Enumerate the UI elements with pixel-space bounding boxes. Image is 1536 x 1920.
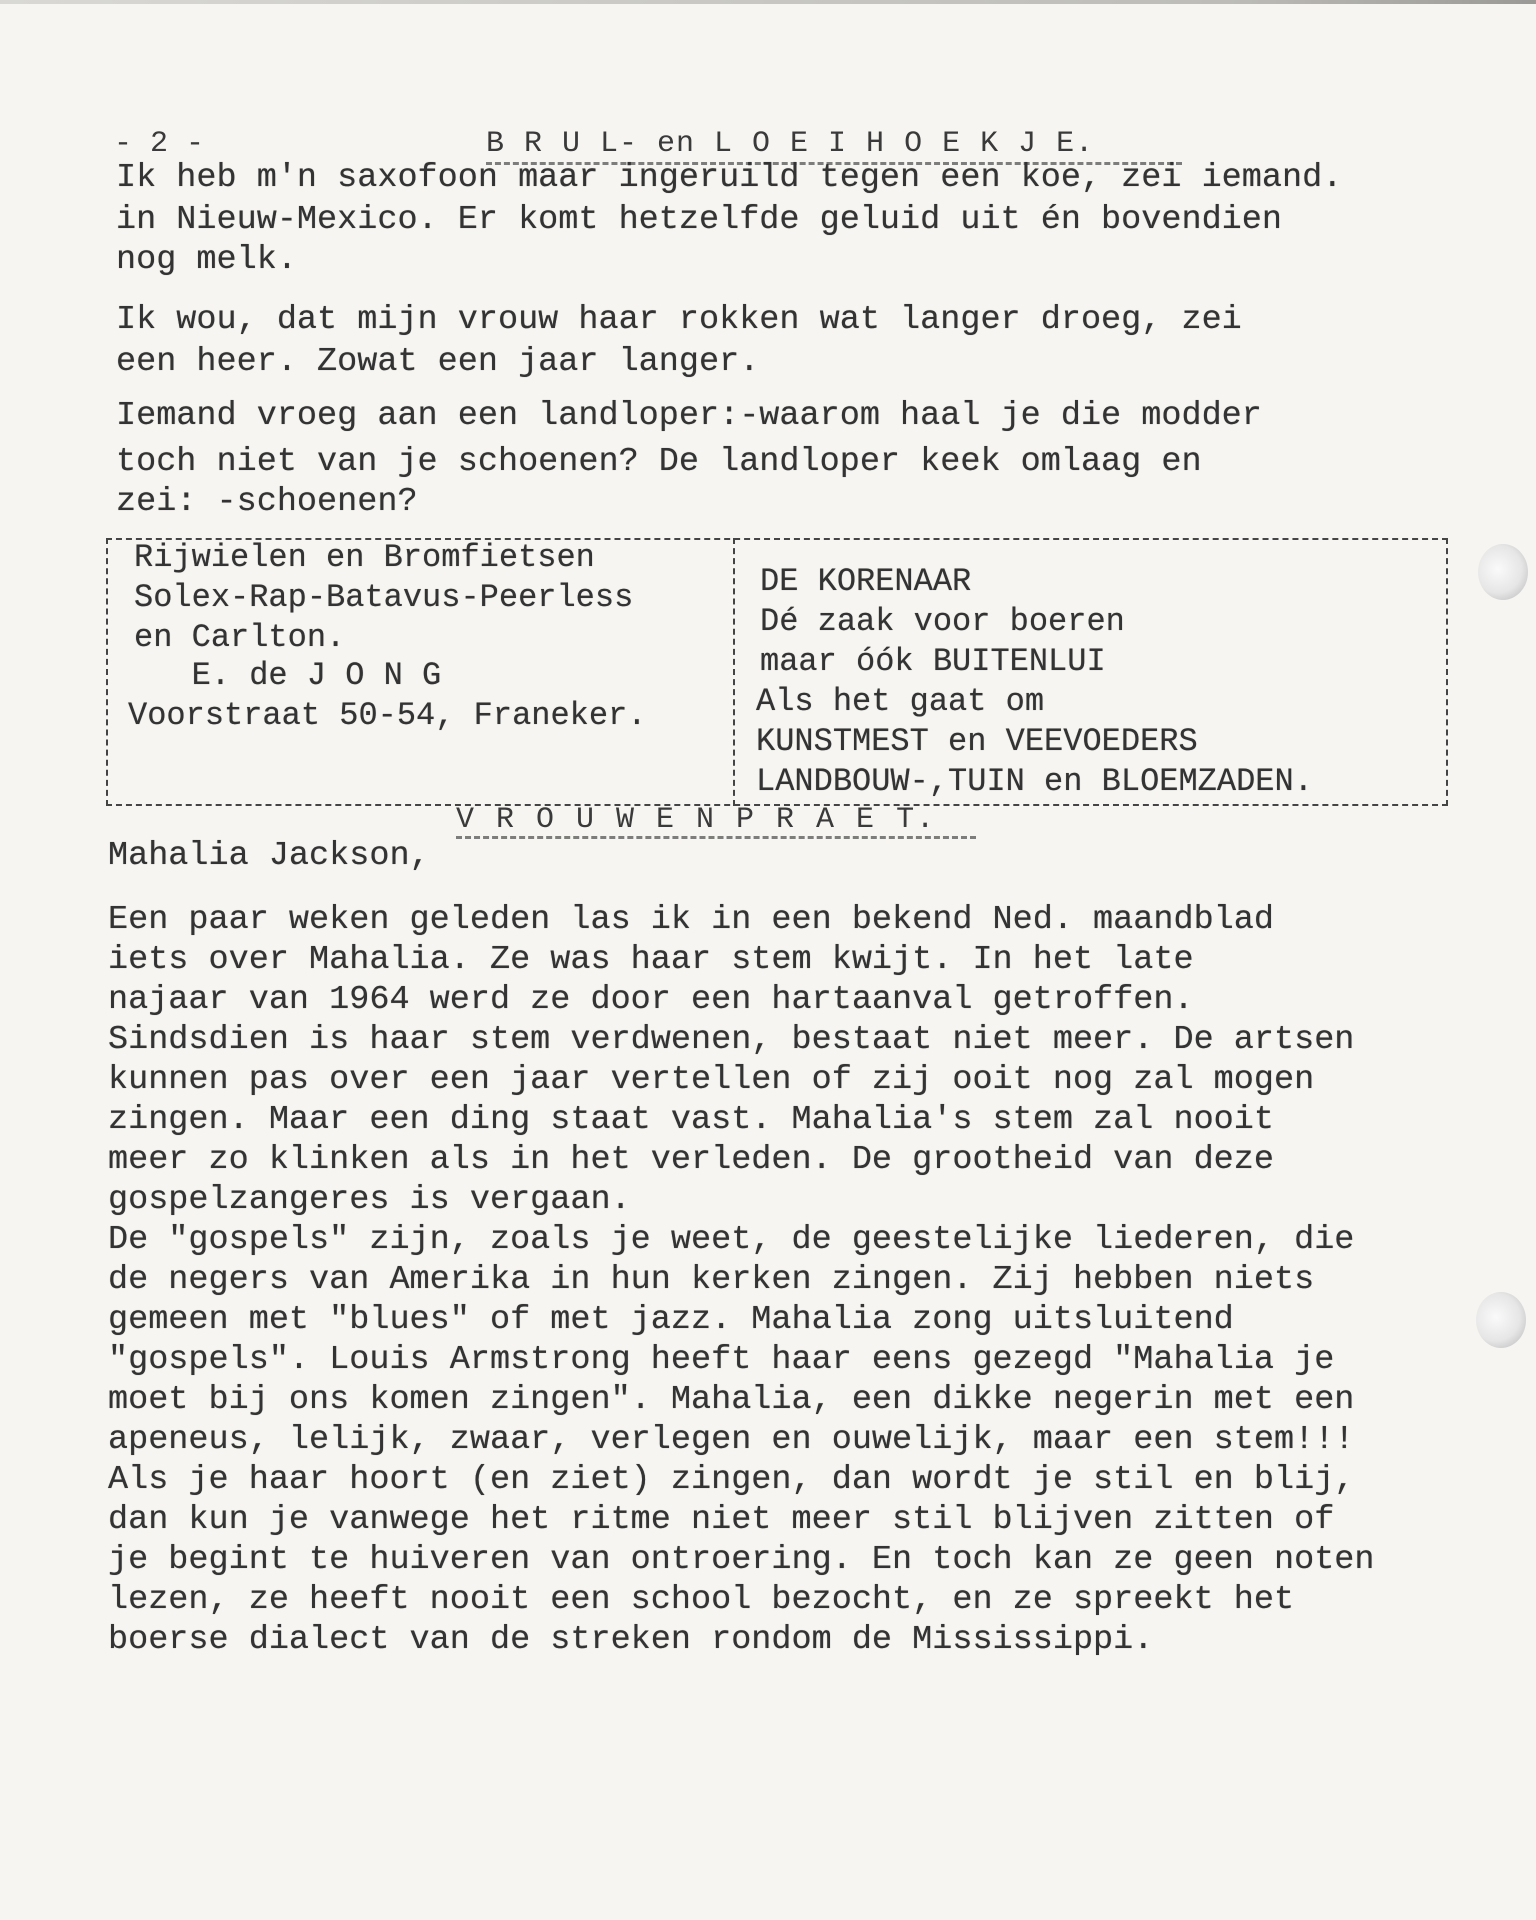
joke-2-line-2: een heer. Zowat een jaar langer.	[116, 342, 759, 382]
ad-right-line-6: LANDBOUW-,TUIN en BLOEMZADEN.	[756, 762, 1313, 802]
article-line: "gospels". Louis Armstrong heeft haar ee…	[108, 1340, 1334, 1380]
ad-left-line-3: en Carlton.	[134, 618, 345, 658]
ad-left-line-2: Solex-Rap-Batavus-Peerless	[134, 578, 633, 618]
article-line: moet bij ons komen zingen". Mahalia, een…	[108, 1380, 1354, 1420]
ad-left-line-1: Rijwielen en Bromfietsen	[134, 538, 595, 578]
article-line: gospelzangeres is vergaan.	[108, 1180, 631, 1220]
section-title-vrouwenpraet: V R O U W E N P R A E T.	[456, 802, 936, 838]
page-top-edge	[0, 0, 1536, 4]
article-line: Een paar weken geleden las ik in een bek…	[108, 900, 1274, 940]
article-line: De "gospels" zijn, zoals je weet, de gee…	[108, 1220, 1354, 1260]
section-title-underline	[456, 836, 976, 839]
article-line: apeneus, lelijk, zwaar, verlegen en ouwe…	[108, 1420, 1354, 1460]
article-line: je begint te huiveren van ontroering. En…	[108, 1540, 1375, 1580]
ad-left-line-5: Voorstraat 50-54, Franeker.	[128, 696, 646, 736]
ad-left-line-4: E. de J O N G	[134, 656, 441, 696]
article-line: iets over Mahalia. Ze was haar stem kwij…	[108, 940, 1194, 980]
ad-right-line-3: maar óók BUITENLUI	[760, 642, 1106, 682]
article-line: Sindsdien is haar stem verdwenen, bestaa…	[108, 1020, 1354, 1060]
article-line: kunnen pas over een jaar vertellen of zi…	[108, 1060, 1314, 1100]
advertisement-divider	[733, 538, 735, 806]
joke-1-line-2: in Nieuw-Mexico. Er komt hetzelfde gelui…	[116, 200, 1282, 240]
punch-hole-icon	[1478, 544, 1528, 600]
article-line: najaar van 1964 werd ze door een hartaan…	[108, 980, 1194, 1020]
ad-right-line-4: Als het gaat om	[756, 682, 1044, 722]
ad-right-line-5: KUNSTMEST en VEEVOEDERS	[756, 722, 1198, 762]
joke-3-line-3: zei: -schoenen?	[116, 482, 418, 522]
joke-2-line-1: Ik wou, dat mijn vrouw haar rokken wat l…	[116, 300, 1242, 340]
article-line: meer zo klinken als in het verleden. De …	[108, 1140, 1274, 1180]
page-number: - 2 -	[114, 126, 204, 162]
article-line: Als je haar hoort (en ziet) zingen, dan …	[108, 1460, 1354, 1500]
article-line: lezen, ze heeft nooit een school bezocht…	[108, 1580, 1294, 1620]
ad-right-line-1: DE KORENAAR	[760, 562, 971, 602]
section-title-brul-en-loeihoekje: B R U L- en L O E I H O E K J E.	[486, 126, 1094, 162]
joke-1-line-1: Ik heb m'n saxofoon maar ingeruild tegen…	[116, 158, 1342, 198]
joke-3-line-2: toch niet van je schoenen? De landloper …	[116, 442, 1202, 482]
article-line: de negers van Amerika in hun kerken zing…	[108, 1260, 1314, 1300]
punch-hole-icon	[1476, 1292, 1526, 1348]
joke-1-line-3: nog melk.	[116, 240, 297, 280]
ad-right-line-2: Dé zaak voor boeren	[760, 602, 1125, 642]
article-line: zingen. Maar een ding staat vast. Mahali…	[108, 1100, 1274, 1140]
salutation: Mahalia Jackson,	[108, 836, 430, 876]
article-line: gemeen met "blues" of met jazz. Mahalia …	[108, 1300, 1234, 1340]
article-line: dan kun je vanwege het ritme niet meer s…	[108, 1500, 1334, 1540]
article-line: boerse dialect van de streken rondom de …	[108, 1620, 1153, 1660]
joke-3-line-1: Iemand vroeg aan een landloper:-waarom h…	[116, 396, 1262, 436]
